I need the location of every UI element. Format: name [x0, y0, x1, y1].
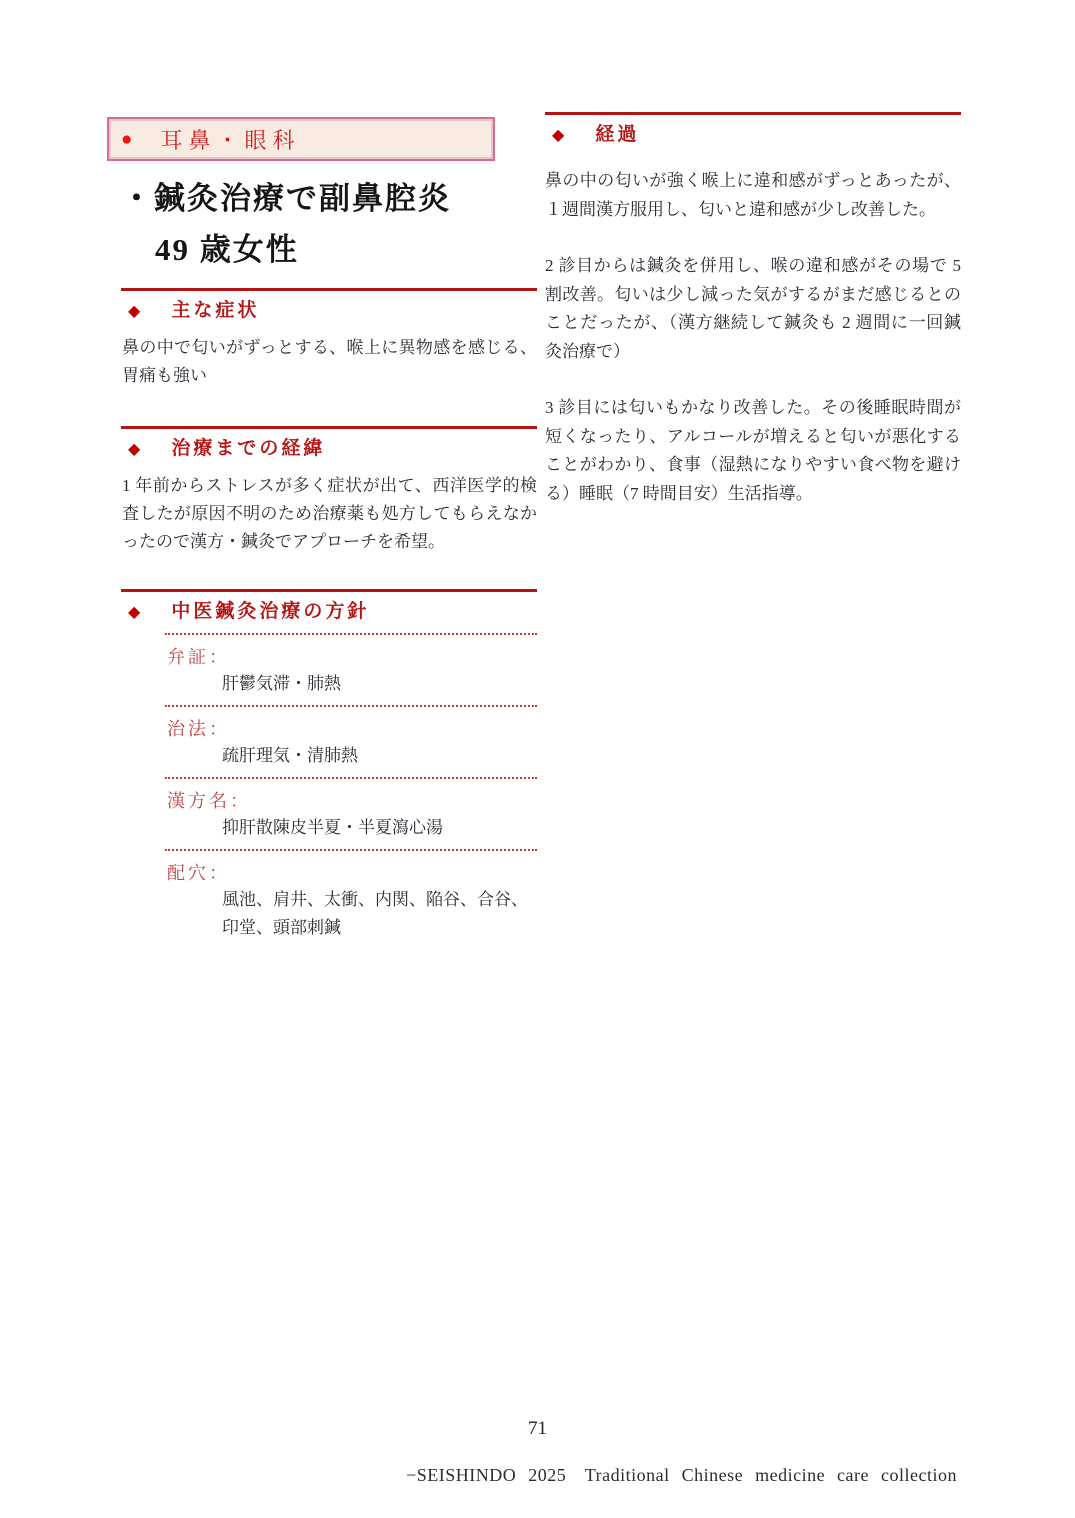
policy-item-label: 弁証：: [167, 644, 537, 670]
progress-paragraph-1: 鼻の中の匂いが強く喉上に違和感がずっとあったが、１週間漢方服用し、匂いと違和感が…: [545, 167, 961, 224]
category-label: 耳鼻・眼科: [160, 124, 300, 155]
policy-item-chihou: 治法： 疏肝理気・清肺熱: [165, 705, 537, 777]
policy-item-value: 疏肝理気・清肺熱: [167, 742, 537, 770]
page-footer: −SEISHINDO 2025 Traditional Chinese medi…: [406, 1461, 957, 1487]
section-policy-header: ◆ 中医鍼灸治療の方針: [121, 592, 537, 624]
policy-item-label: 配穴：: [167, 860, 537, 886]
policy-item-value: 風池、肩井、太衝、内関、陥谷、合谷、印堂、頭部刺鍼: [167, 886, 537, 942]
policy-item-value: 肝鬱気滞・肺熱: [167, 670, 537, 698]
case-title-line2: 49 歳女性: [121, 224, 540, 275]
section-progress-heading: 経過: [595, 124, 639, 145]
bullet-icon: ●: [121, 130, 132, 149]
diamond-icon: ◆: [128, 303, 140, 320]
policy-item-kampo: 漢方名： 抑肝散陳皮半夏・半夏瀉心湯: [165, 777, 537, 849]
policy-item-value: 抑肝散陳皮半夏・半夏瀉心湯: [167, 814, 537, 842]
page-number: 71: [0, 1418, 1075, 1440]
section-progress: ◆ 経過 鼻の中の匂いが強く喉上に違和感がずっとあったが、１週間漢方服用し、匂い…: [545, 112, 961, 508]
policy-item-haiketsu: 配穴： 風池、肩井、太衝、内関、陥谷、合谷、印堂、頭部刺鍼: [165, 849, 537, 949]
case-title: ・鍼灸治療で副鼻腔炎 49 歳女性: [121, 173, 540, 275]
section-symptoms-header: ◆ 主な症状: [121, 291, 537, 323]
section-symptoms-body: 鼻の中で匂いがずっとする、喉上に異物感を感じる、胃痛も強い: [122, 334, 537, 390]
section-symptoms: ◆ 主な症状 鼻の中で匂いがずっとする、喉上に異物感を感じる、胃痛も強い: [121, 288, 537, 390]
progress-paragraphs: 鼻の中の匂いが強く喉上に違和感がずっとあったが、１週間漢方服用し、匂いと違和感が…: [545, 167, 961, 508]
section-history: ◆ 治療までの経緯 1 年前からストレスが多く症状が出て、西洋医学的検査したが原…: [121, 426, 537, 556]
policy-item-benshou: 弁証： 肝鬱気滞・肺熱: [165, 633, 537, 705]
section-policy-heading: 中医鍼灸治療の方針: [171, 601, 369, 622]
category-box: ● 耳鼻・眼科: [107, 117, 495, 161]
section-policy: ◆ 中医鍼灸治療の方針 弁証： 肝鬱気滞・肺熱 治法： 疏肝理気・清肺熱 漢方名…: [121, 589, 537, 949]
section-symptoms-heading: 主な症状: [171, 300, 259, 321]
right-column: ◆ 経過 鼻の中の匂いが強く喉上に違和感がずっとあったが、１週間漢方服用し、匂い…: [545, 112, 961, 508]
progress-paragraph-2: 2 診目からは鍼灸を併用し、喉の違和感がその場で 5 割改善。匂いは少し減った気…: [545, 252, 961, 366]
section-history-body: 1 年前からストレスが多く症状が出て、西洋医学的検査したが原因不明のため治療薬も…: [122, 472, 537, 556]
section-history-header: ◆ 治療までの経緯: [121, 429, 537, 461]
section-history-heading: 治療までの経緯: [171, 438, 325, 459]
case-title-line1: ・鍼灸治療で副鼻腔炎: [121, 173, 540, 224]
policy-item-label: 治法：: [167, 716, 537, 742]
document-page: ● 耳鼻・眼科 ・鍼灸治療で副鼻腔炎 49 歳女性 ◆ 主な症状 鼻の中で匂いが…: [0, 0, 1075, 1518]
left-column: ● 耳鼻・眼科 ・鍼灸治療で副鼻腔炎 49 歳女性 ◆ 主な症状 鼻の中で匂いが…: [107, 117, 540, 949]
diamond-icon: ◆: [128, 441, 140, 458]
diamond-icon: ◆: [552, 127, 564, 144]
diamond-icon: ◆: [128, 604, 140, 621]
policy-item-label: 漢方名：: [167, 788, 537, 814]
progress-paragraph-3: 3 診目には匂いもかなり改善した。その後睡眠時間が短くなったり、アルコールが増え…: [545, 394, 961, 508]
section-progress-header: ◆ 経過: [545, 115, 961, 147]
policy-list: 弁証： 肝鬱気滞・肺熱 治法： 疏肝理気・清肺熱 漢方名： 抑肝散陳皮半夏・半夏…: [165, 633, 537, 949]
